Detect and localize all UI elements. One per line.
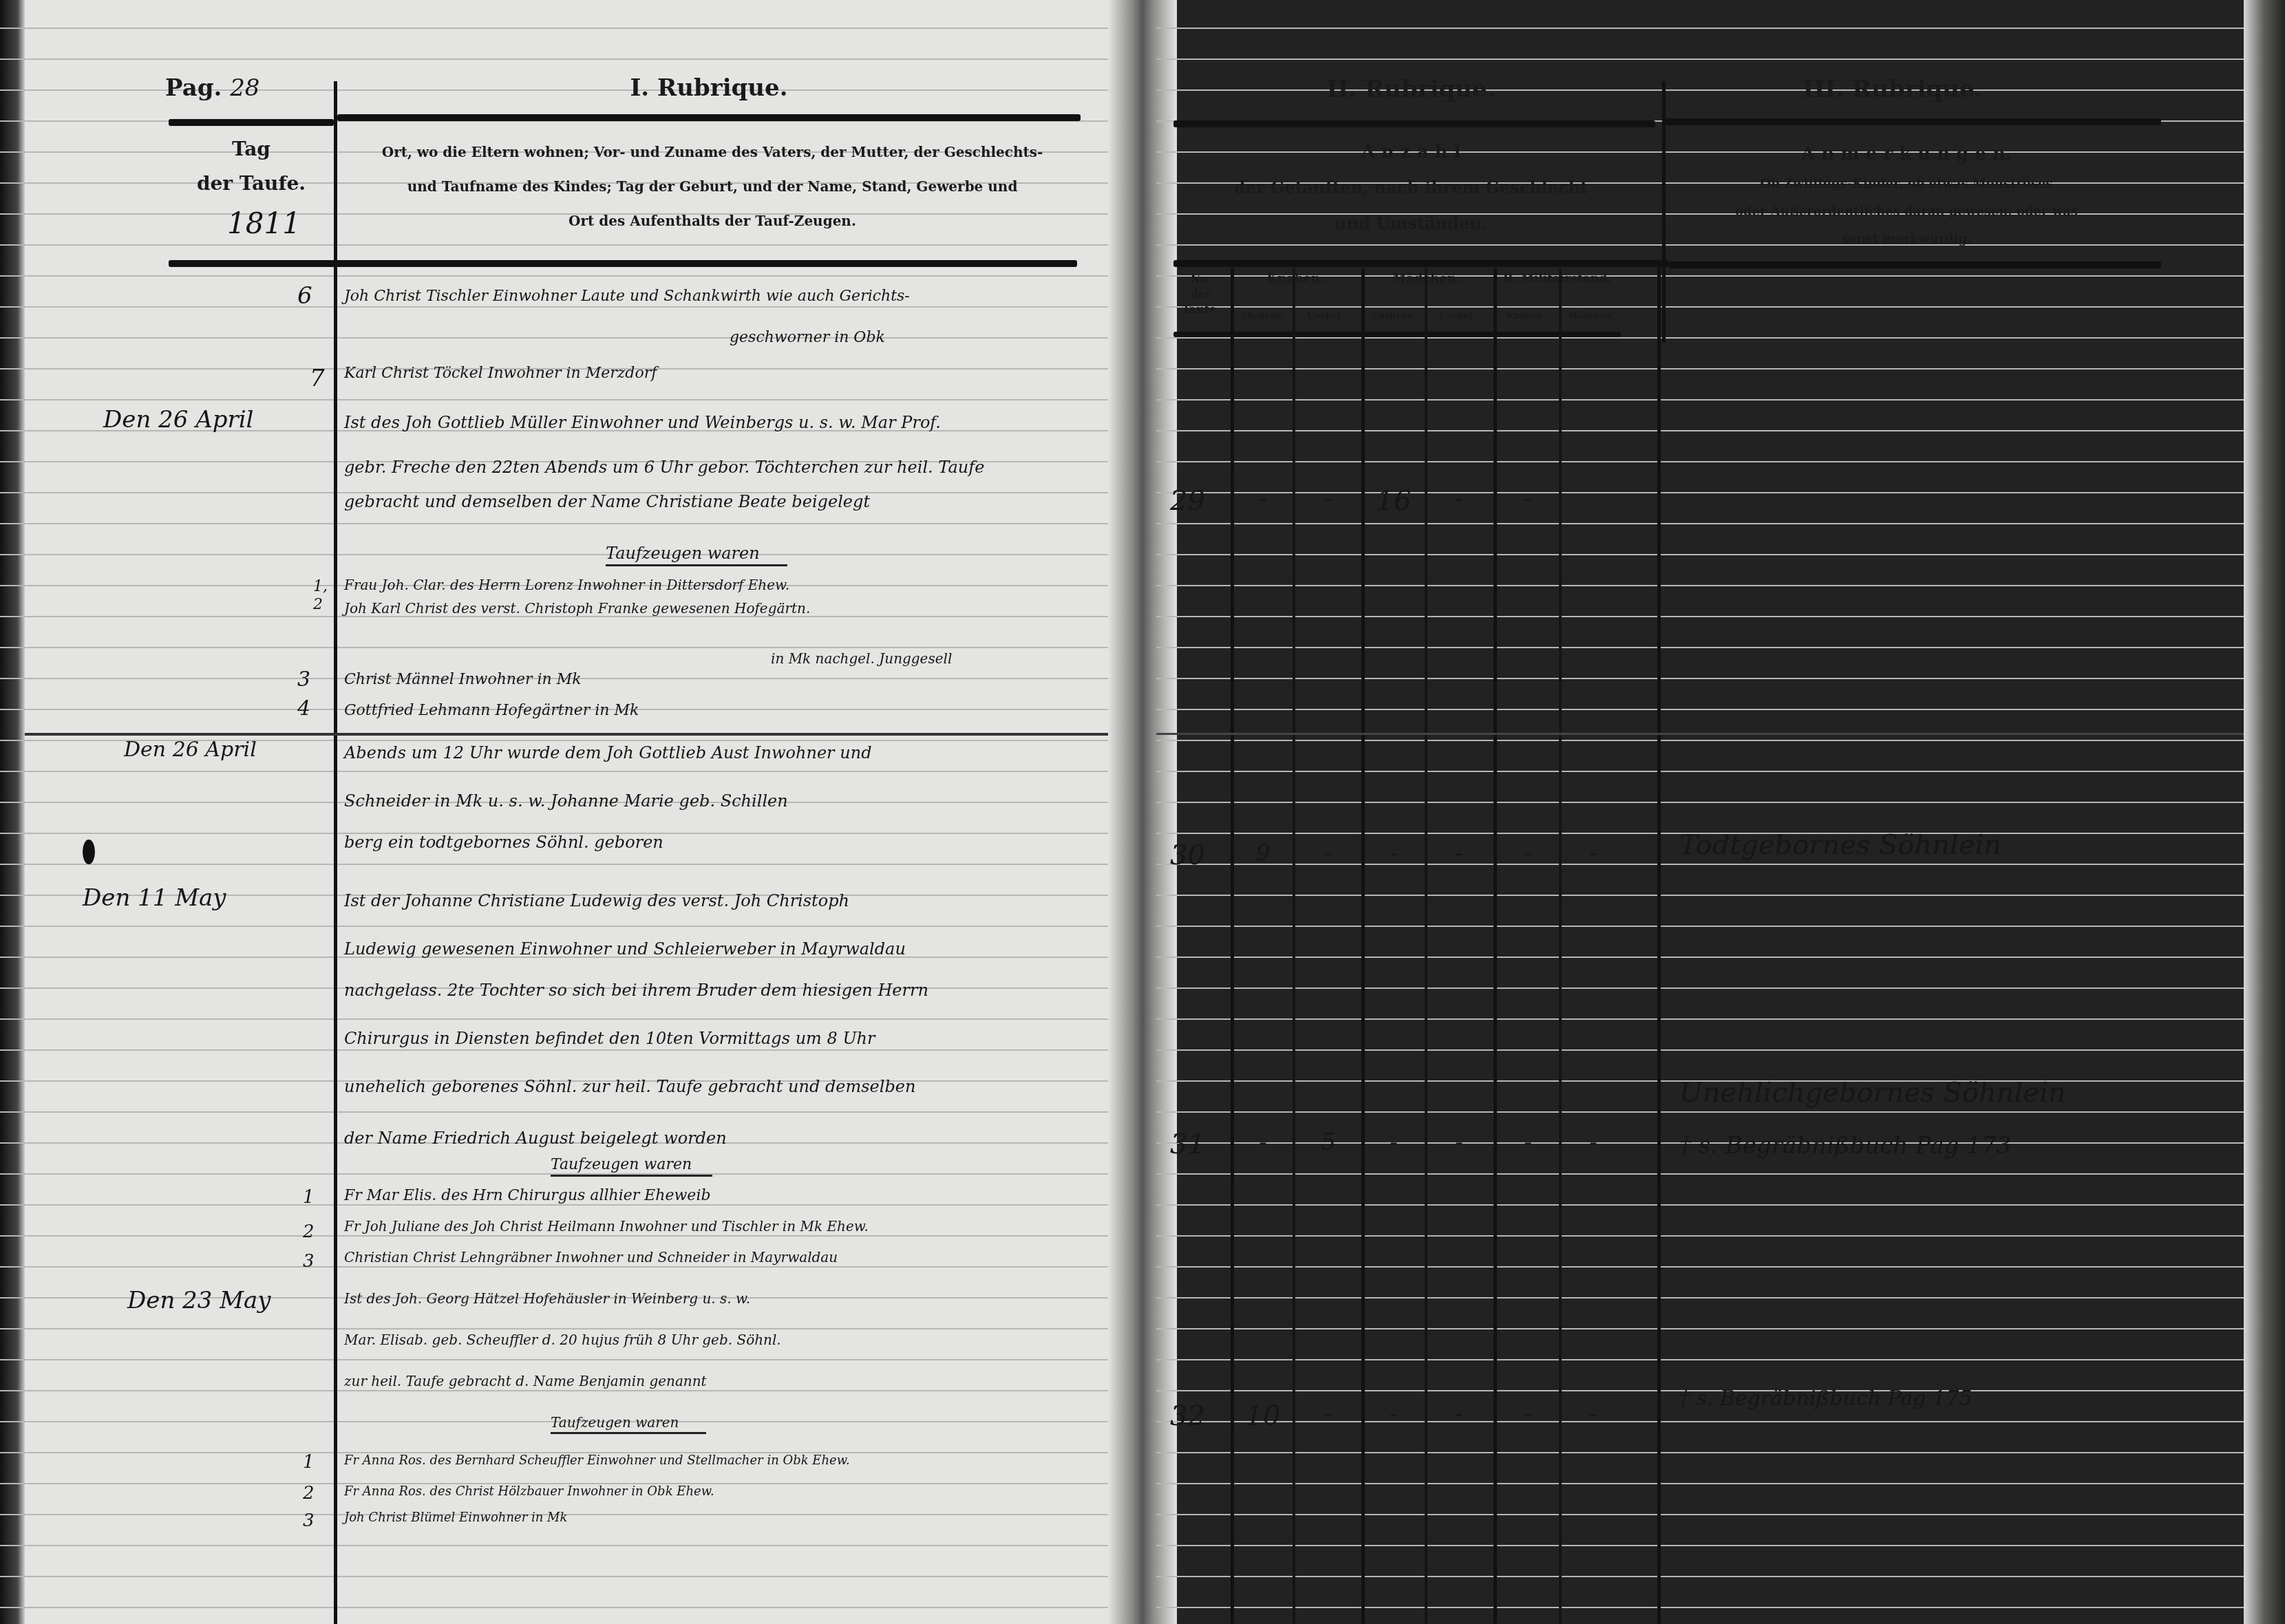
ruled-line	[0, 771, 1129, 772]
witness-number: 3	[297, 667, 310, 692]
witness-number: 4	[297, 696, 310, 720]
anzahl-header: A n z a h l der Getauften, nach ihrem Ge…	[1170, 134, 1652, 242]
ruled-line	[1156, 1266, 2285, 1268]
count-cell: -	[1435, 485, 1483, 513]
rubrique-i-title: I. Rubrique.	[337, 74, 1081, 102]
ruled-line	[0, 1390, 1129, 1391]
right-page: II. Rubrique. III. Rubrique. A n z a h l…	[1156, 0, 2285, 1624]
count-cell: -	[1370, 1400, 1418, 1428]
witness-line: Christian Christ Lehngräbner Inwohner un…	[344, 1249, 838, 1265]
count-cell: -	[1370, 840, 1418, 867]
count-cell: -	[1435, 1129, 1483, 1156]
witness-line: Karl Christ Töckel Inwohner in Merzdorf	[344, 365, 657, 382]
witness-number: 3	[303, 1251, 315, 1272]
ruled-line	[1156, 1111, 2285, 1113]
witness-number: 3	[303, 1510, 315, 1531]
count-cell: -	[1569, 1400, 1617, 1428]
ruled-line	[0, 244, 1129, 246]
count-cell: -	[1435, 840, 1483, 867]
count-cell: 16	[1370, 485, 1418, 517]
header-line: A n z a h l	[1170, 134, 1652, 170]
count-cell: -	[1239, 1129, 1287, 1156]
header-rule	[1173, 260, 1669, 267]
witness-line: Gottfried Lehmann Hofegärtner in Mk	[344, 702, 639, 719]
baptism-number: 32	[1170, 1400, 1205, 1432]
sub-header: Unehel.	[1426, 311, 1488, 321]
witness-number: 2	[303, 1221, 315, 1242]
taufzeugen-heading: Taufzeugen waren	[551, 1414, 706, 1434]
entry-line: Schneider in Mk u. s. w. Johanne Marie g…	[344, 791, 788, 811]
sub-header: Eheliche.	[1363, 311, 1425, 321]
ruled-line	[0, 1359, 1129, 1360]
column-line	[1231, 268, 1234, 1624]
count-cell: 9	[1239, 840, 1287, 867]
count-cell: 5	[1304, 1129, 1352, 1156]
ruled-line	[1156, 368, 2285, 370]
ruled-line	[0, 1607, 1129, 1608]
ruled-line	[1156, 740, 2285, 741]
count-cell: -	[1504, 840, 1552, 867]
header-rule	[337, 114, 1081, 121]
ruled-line	[1156, 585, 2285, 586]
count-cell: -	[1504, 485, 1552, 513]
entry-line: Ist des Joh Gottlieb Müller Einwohner un…	[344, 413, 941, 432]
ruled-line	[0, 523, 1129, 524]
header-line: der Taufe.	[169, 167, 334, 201]
ruled-line	[0, 1204, 1129, 1206]
header-rule	[1666, 118, 2161, 125]
sub-header: Knaben.	[1495, 311, 1557, 321]
witness-line: Frau Joh. Clar. des Herrn Lorenz Inwohne…	[344, 577, 789, 593]
ruled-line	[1156, 554, 2285, 555]
ruled-line	[0, 1266, 1129, 1268]
year: 1811	[227, 206, 301, 240]
entry-line: der Name Friedrich August beigelegt word…	[344, 1129, 727, 1148]
baptism-number: 31	[1170, 1129, 1205, 1160]
ruled-line	[1156, 1576, 2285, 1577]
witness-line: Fr Joh Juliane des Joh Christ Heilmann I…	[344, 1218, 869, 1235]
witness-number: 1	[303, 1187, 315, 1208]
entry-separator	[1156, 733, 2244, 735]
ruled-line	[1156, 1204, 2285, 1206]
witness-line: in Mk nachgel. Junggesell	[771, 650, 952, 667]
column-line	[1361, 268, 1365, 1624]
baptism-date: Den 26 April	[103, 406, 253, 434]
ruled-line	[1156, 1607, 2285, 1608]
main-column-header: Ort, wo die Eltern wohnen; Vor- und Zuna…	[341, 135, 1084, 238]
taufzeugen-heading: Taufzeugen waren	[606, 544, 787, 566]
ruled-line	[1156, 987, 2285, 989]
ruled-line	[0, 1018, 1129, 1020]
header-line: Tag	[169, 132, 334, 167]
entry-line: nachgelass. 2te Tochter so sich bei ihre…	[344, 981, 928, 1000]
baptism-date: Den 23 May	[127, 1287, 270, 1314]
remark: † s. Begräbnißbuch Pag 173	[1679, 1132, 2011, 1160]
witness-number: 2	[303, 1483, 315, 1504]
column-line	[1425, 268, 1427, 1624]
header-rule	[1173, 120, 1655, 127]
ruled-line	[0, 926, 1129, 927]
witness-line: geschworner in Obk	[730, 329, 885, 346]
entry-line: Ist des Joh. Georg Hätzel Hofehäusler in…	[344, 1290, 750, 1307]
ruled-line	[0, 275, 1129, 277]
entry-line: Ludewig gewesenen Einwohner und Schleier…	[344, 939, 906, 959]
header-rule	[169, 260, 1077, 267]
witness-line: Fr Anna Ros. des Christ Hölzbauer Inwohn…	[344, 1484, 714, 1499]
ruled-line	[0, 1235, 1129, 1237]
count-cell: -	[1569, 840, 1617, 867]
ruled-line	[0, 1545, 1129, 1546]
ruled-line	[1156, 647, 2285, 648]
witness-numbers: 1,2	[313, 578, 328, 614]
ruled-line	[1156, 430, 2285, 431]
entry-line: Mar. Elisab. geb. Scheuffler d. 20 hujus…	[344, 1332, 781, 1348]
ruled-line	[1156, 926, 2285, 927]
ruled-line	[0, 554, 1129, 555]
entry-line: Ist der Johanne Christiane Ludewig des v…	[344, 891, 849, 910]
anmerkungen-header: A n m e r k u n g e n. Ob Zwillings-Kind…	[1666, 138, 2147, 253]
column-line	[1494, 268, 1497, 1624]
remark: Unehlichgebornes Söhnlein	[1679, 1077, 2065, 1109]
entry-line: berg ein todtgebornes Söhnl. geboren	[344, 833, 663, 852]
page-label: Pag.	[165, 74, 222, 102]
entry-line: zur heil. Taufe gebracht d. Name Benjami…	[344, 1373, 707, 1389]
page-edge-shadow	[0, 0, 25, 1624]
date-column-header: Tag der Taufe.	[169, 132, 334, 201]
ruled-line	[1156, 523, 2285, 524]
ruled-line	[0, 399, 1129, 400]
ruled-line	[1156, 1018, 2285, 1020]
ruled-line	[1156, 1359, 2285, 1360]
ruled-line	[0, 337, 1129, 339]
baptism-date: Den 26 April	[124, 738, 257, 762]
entry-line: Chirurgus in Diensten befindet den 10ten…	[344, 1029, 875, 1048]
knaben-header: Knaben.	[1232, 272, 1359, 286]
count-cell: -	[1304, 840, 1352, 867]
entry-line: gebracht und demselben der Name Christia…	[344, 492, 870, 511]
ruled-line	[1156, 616, 2285, 617]
ruled-line	[1156, 1545, 2285, 1546]
ruled-line	[1156, 1328, 2285, 1329]
count-cell: -	[1504, 1400, 1552, 1428]
count-cell: -	[1504, 1129, 1552, 1156]
ruled-line	[0, 1111, 1129, 1113]
witness-line: Joh Christ Tischler Einwohner Laute und …	[344, 288, 910, 305]
ruled-line	[1156, 306, 2285, 308]
ruled-line	[0, 1576, 1129, 1577]
page-edge-shadow	[2244, 0, 2285, 1624]
baptism-number: 30	[1170, 840, 1205, 871]
ruled-line	[1156, 1049, 2285, 1051]
header-line: Ort, wo die Eltern wohnen; Vor- und Zuna…	[341, 135, 1084, 169]
ruled-line	[1156, 678, 2285, 679]
entry-line: gebr. Freche den 22ten Abends um 6 Uhr g…	[344, 458, 984, 477]
header-line: und Taufname des Kindes; Tag der Geburt,…	[341, 169, 1084, 204]
ruled-line	[1156, 337, 2285, 339]
ruled-line	[1156, 461, 2285, 462]
ruled-line	[0, 864, 1129, 865]
witness-number: 6	[297, 282, 312, 310]
witness-number: 1	[303, 1452, 315, 1473]
page-number-label: Pag. 28	[165, 74, 259, 102]
count-cell: -	[1370, 1129, 1418, 1156]
ruled-line	[1156, 1452, 2285, 1453]
header-line: oder Außerordentliches daran gewesen, od…	[1666, 198, 2147, 226]
ruled-line	[0, 1328, 1129, 1329]
count-cell: 10	[1239, 1400, 1287, 1432]
sub-header: Mädchen.	[1560, 311, 1622, 321]
militairstand-header: B. Militairstand.	[1494, 272, 1621, 286]
ruled-line	[1156, 957, 2285, 958]
ink-blot	[83, 840, 95, 864]
column-line	[1559, 268, 1562, 1624]
rubrique-iii-title: III. Rubrique.	[1638, 76, 2147, 103]
ruled-line	[0, 647, 1129, 648]
header-line: Ort des Aufenthalts der Tauf-Zeugen.	[341, 204, 1084, 238]
ruled-line	[1156, 802, 2285, 803]
column-line	[1293, 268, 1295, 1624]
ruled-line	[0, 1049, 1129, 1051]
baptism-date: Den 11 May	[83, 884, 226, 912]
ruled-line	[1156, 709, 2285, 710]
rubrique-ii-title: II. Rubrique.	[1170, 76, 1652, 103]
count-cell: -	[1239, 485, 1287, 513]
ruled-line	[1156, 1173, 2285, 1175]
count-cell: -	[1304, 485, 1352, 513]
ruled-line	[1156, 28, 2285, 29]
witness-line: Joh Karl Christ des verst. Christoph Fra…	[344, 600, 810, 617]
remarks-divider	[1657, 267, 1661, 1624]
remark: Todtgebornes Söhnlein	[1679, 829, 2001, 861]
sub-header: Unehel.	[1294, 311, 1356, 321]
count-cell: -	[1435, 1400, 1483, 1428]
header-line: der Getauften, nach ihrem Geschlecht	[1170, 170, 1652, 206]
header-line: sonst merkwürdig.	[1666, 226, 2147, 253]
baptism-number: 29	[1170, 485, 1205, 517]
ruled-line	[1156, 1483, 2285, 1484]
count-cell: -	[1304, 1400, 1352, 1428]
header-rule	[1669, 261, 2161, 268]
taufzeugen-heading: Taufzeugen waren	[551, 1156, 712, 1177]
entry-line: Abends um 12 Uhr wurde dem Joh Gottlieb …	[344, 743, 872, 762]
ruled-line	[1156, 1514, 2285, 1515]
header-line: und Umständen.	[1170, 206, 1652, 242]
ruled-line	[0, 58, 1129, 60]
date-column-divider	[334, 81, 337, 1624]
ruled-line	[1156, 399, 2285, 400]
table-header-rule	[1173, 332, 1621, 337]
left-page: Pag. 28 I. Rubrique. Tag der Taufe. 1811…	[0, 0, 1129, 1624]
entry-line: unehelich geborenes Söhnl. zur heil. Tau…	[344, 1077, 915, 1096]
ruled-line	[0, 28, 1129, 29]
entry-separator	[25, 733, 1129, 736]
ruled-line	[1156, 895, 2285, 896]
no-der-taufe-header: No.derTaufe.	[1173, 272, 1229, 317]
ruled-line	[0, 306, 1129, 308]
header-line: Ob Zwillings-Kinder, ob etwas Monströses	[1666, 171, 2147, 198]
count-cell: -	[1569, 1129, 1617, 1156]
witness-line: Fr Mar Elis. des Hrn Chirurgus allhier E…	[344, 1187, 711, 1204]
page-number: 28	[230, 74, 259, 102]
header-rule	[169, 119, 334, 126]
ruled-line	[1156, 771, 2285, 772]
ruled-line	[1156, 1235, 2285, 1237]
remark: † s. Begräbnißbuch Pag 175	[1679, 1387, 1972, 1411]
witness-line: Fr Anna Ros. des Bernhard Scheuffler Ein…	[344, 1453, 850, 1468]
ruled-line	[1156, 1297, 2285, 1299]
witness-line: Joh Christ Blümel Einwohner in Mk	[344, 1510, 567, 1525]
sub-header: Eheliche.	[1232, 311, 1294, 321]
witness-line: Christ Männel Inwohner in Mk	[344, 671, 582, 688]
header-line: A n m e r k u n g e n.	[1666, 138, 2147, 171]
ruled-line	[1156, 58, 2285, 60]
witness-number: 7	[310, 365, 325, 392]
